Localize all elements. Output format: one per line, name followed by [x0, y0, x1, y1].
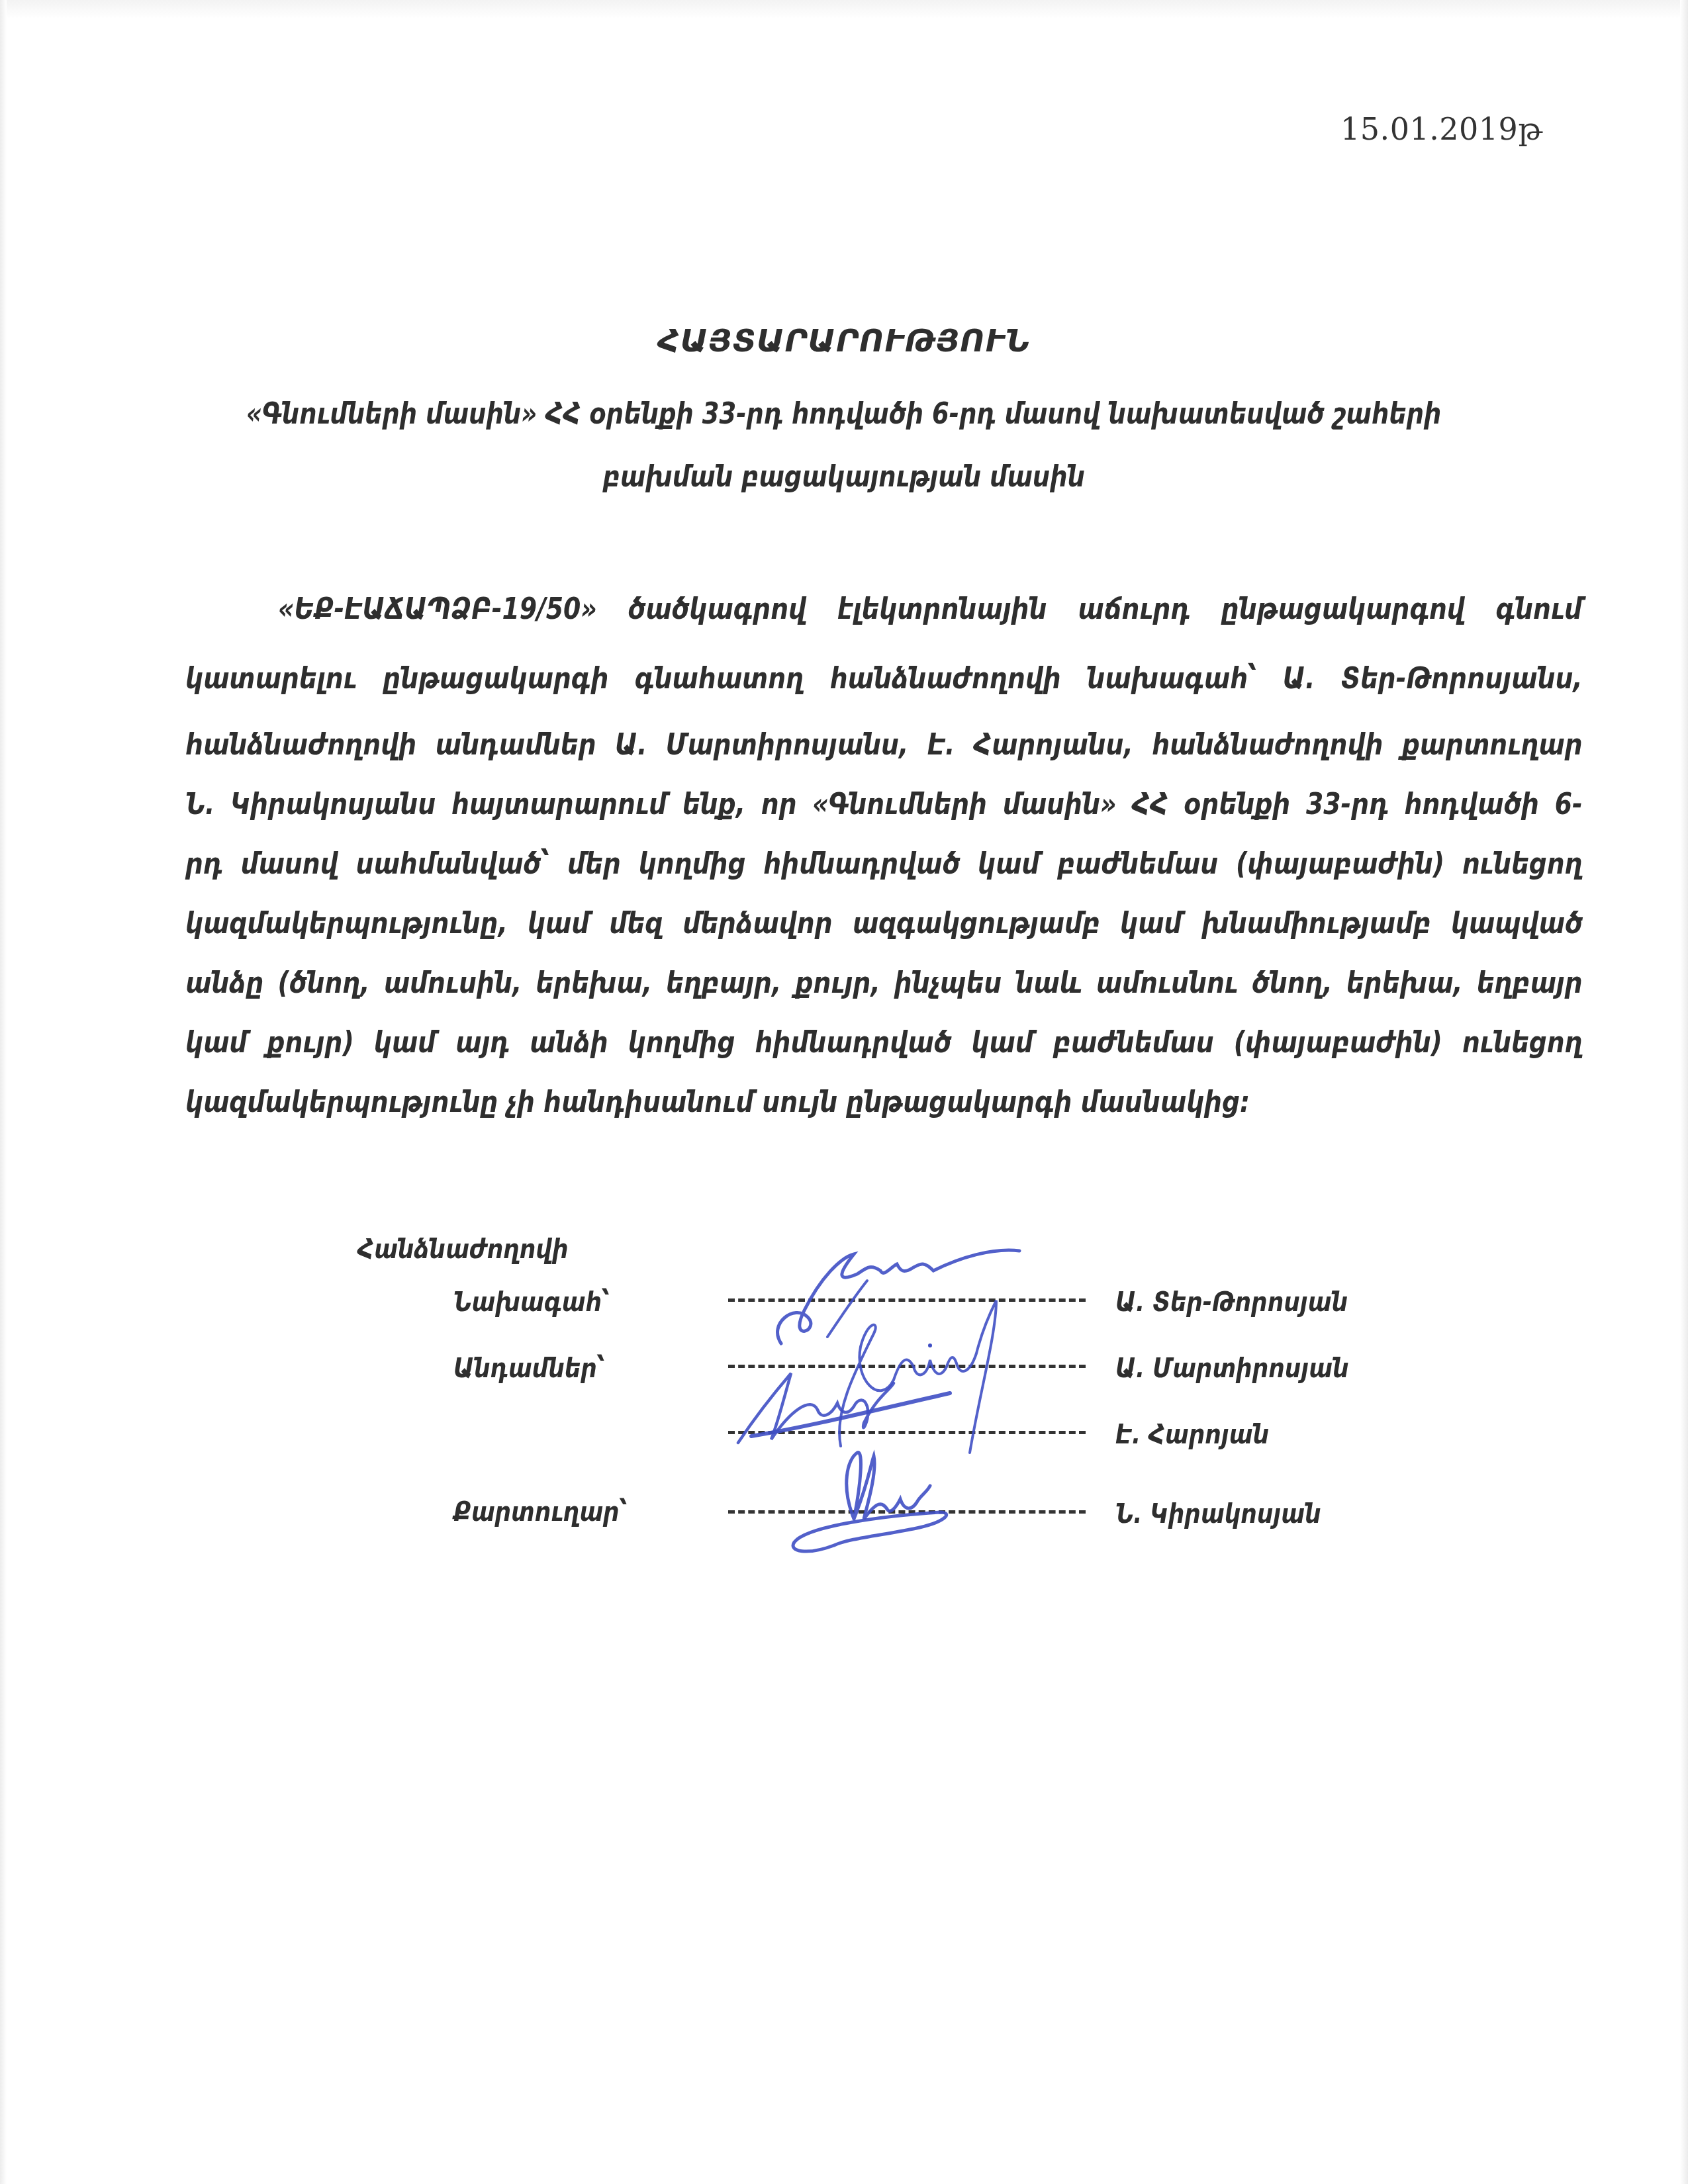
role-secretary: Քարտուղար՝	[453, 1497, 628, 1527]
body-line: կազմակերպությունը չի հանդիսանում սույն ը…	[185, 1085, 1582, 1119]
document-date: 15.01.2019թ	[1340, 111, 1542, 147]
body-line: «ԵՔ-ԷԱՃԱՊՁԲ-19/50» ծածկագրով էլեկտրոնայի…	[278, 592, 1582, 626]
commission-label: Հանձնաժողովի	[357, 1234, 568, 1265]
signature-member-2	[731, 1363, 970, 1449]
body-line: անձը (ծնող, ամուսին, երեխա, եղբայր, քույ…	[185, 966, 1582, 1000]
body-line: Ն. Կիրակոսյանս հայտարարում ենք, որ «Գնու…	[185, 788, 1582, 821]
scan-edge-top	[0, 0, 1688, 19]
body-line: րդ մասով սահմանված՝ մեր կողմից հիմնադրվա…	[185, 847, 1582, 881]
role-chairman: Նախագահ՝	[453, 1287, 610, 1318]
body-line: կատարելու ընթացակարգի գնահատող հանձնաժող…	[185, 662, 1582, 696]
document-title: ՀԱՅՏԱՐԱՐՈՒԹՅՈՒՆ	[0, 323, 1688, 359]
document-subtitle-line-2: բախման բացակայության մասին	[0, 460, 1688, 494]
name-member-2: Է. Հարոյան	[1115, 1420, 1269, 1450]
name-secretary: Ն. Կիրակոսյան	[1115, 1499, 1321, 1529]
signature-secretary	[768, 1446, 986, 1559]
body-line: կամ քույր) կամ այդ անձի կողմից հիմնադրվա…	[185, 1026, 1582, 1060]
document-subtitle-line-1: «Գնումների մասին» ՀՀ օրենքի 33-րդ հոդված…	[0, 397, 1688, 431]
name-chairman: Ա. Տեր-Թորոսյան	[1115, 1287, 1348, 1318]
body-line: կազմակերպությունը, կամ մեզ մերձավոր ազգա…	[185, 907, 1582, 940]
name-member-1: Ա. Մարտիրոսյան	[1115, 1353, 1349, 1384]
body-line: հանձնաժողովի անդամներ Ա. Մարտիրոսյանս, Է…	[185, 728, 1582, 762]
role-members: Անդամներ՝	[453, 1353, 605, 1384]
